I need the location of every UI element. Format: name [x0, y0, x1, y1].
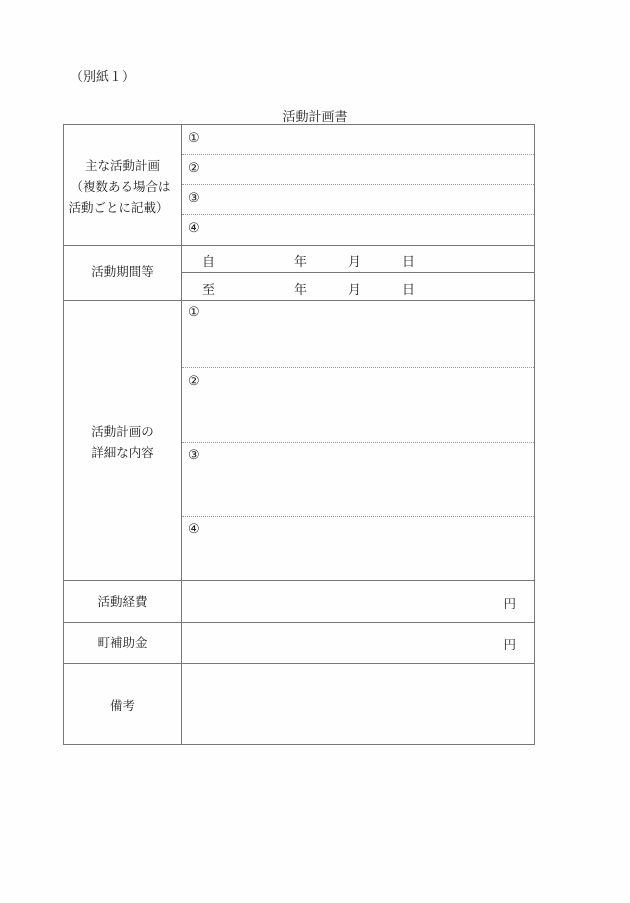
- period-to-day: 日: [402, 279, 415, 298]
- period-from-day: 日: [402, 251, 415, 270]
- column-divider: [181, 125, 182, 744]
- details-item-2[interactable]: ②: [188, 374, 200, 389]
- main-plan-item-2[interactable]: ②: [188, 161, 200, 176]
- expenses-label: 活動経費: [64, 591, 181, 612]
- details-label-line: 詳細な内容: [64, 442, 181, 463]
- main-plan-label-line: 主な活動計画: [64, 155, 181, 176]
- annex-label: （別紙１）: [70, 66, 135, 85]
- period-to-prefix: 至: [202, 279, 215, 298]
- period-to-year: 年: [294, 279, 307, 298]
- period-from-month: 月: [348, 251, 361, 270]
- dotted-divider: [182, 367, 534, 368]
- document-title: 活動計画書: [0, 106, 630, 125]
- period-label: 活動期間等: [64, 261, 181, 282]
- dotted-divider: [182, 214, 534, 215]
- row-divider: [182, 272, 534, 273]
- details-item-1[interactable]: ①: [188, 305, 200, 320]
- subsidy-unit: 円: [503, 635, 516, 653]
- main-plan-label-line: 活動ごとに記載）: [56, 197, 181, 218]
- row-divider: [64, 245, 534, 246]
- details-label-line: 活動計画の: [64, 421, 181, 442]
- activity-plan-table: 主な活動計画 （複数ある場合は 活動ごとに記載） ① ② ③ ④ 活動期間等 自…: [63, 124, 535, 745]
- main-plan-label: 主な活動計画 （複数ある場合は 活動ごとに記載）: [64, 155, 181, 218]
- remarks-label: 備考: [64, 695, 181, 716]
- period-from-prefix: 自: [202, 251, 215, 270]
- main-plan-item-1[interactable]: ①: [188, 131, 200, 146]
- subsidy-label: 町補助金: [64, 632, 181, 653]
- main-plan-item-3[interactable]: ③: [188, 191, 200, 206]
- row-divider: [64, 580, 534, 581]
- period-from-year: 年: [294, 251, 307, 270]
- main-plan-label-line: （複数ある場合は: [60, 176, 181, 197]
- dotted-divider: [182, 442, 534, 443]
- period-to-month: 月: [348, 279, 361, 298]
- row-divider: [64, 663, 534, 664]
- row-divider: [64, 300, 534, 301]
- details-label: 活動計画の 詳細な内容: [64, 421, 181, 463]
- row-divider: [64, 622, 534, 623]
- expenses-unit: 円: [503, 594, 516, 612]
- dotted-divider: [182, 154, 534, 155]
- dotted-divider: [182, 516, 534, 517]
- details-item-3[interactable]: ③: [188, 448, 200, 463]
- dotted-divider: [182, 184, 534, 185]
- main-plan-item-4[interactable]: ④: [188, 221, 200, 236]
- details-item-4[interactable]: ④: [188, 522, 200, 537]
